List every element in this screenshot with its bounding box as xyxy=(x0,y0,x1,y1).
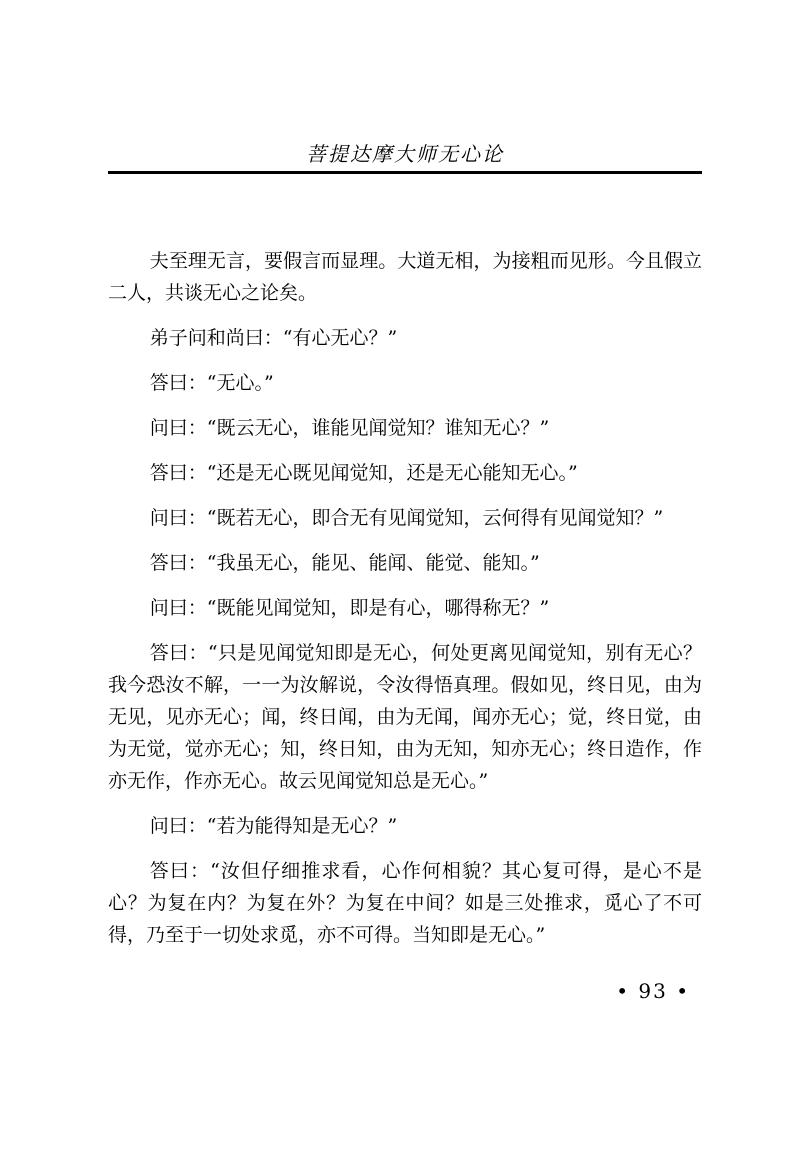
paragraph: 问曰：“若为能得知是无心？” xyxy=(108,810,702,842)
paragraph: 问曰：“既能见闻觉知，即是有心，哪得称无？” xyxy=(108,592,702,624)
book-page: 菩提达摩大师无心论 夫至理无言，要假言而显理。大道无相，为接粗而见形。今且假立二… xyxy=(0,0,794,1149)
page-number: • 93 • xyxy=(616,979,690,1003)
paragraph: 答曰：“汝但仔细推求看，心作何相貌？其心复可得，是心不是心？为复在内？为复在外？… xyxy=(108,855,702,951)
page-header: 菩提达摩大师无心论 xyxy=(0,0,794,174)
paragraph: 夫至理无言，要假言而显理。大道无相，为接粗而见形。今且假立二人，共谈无心之论矣。 xyxy=(108,245,702,309)
paragraph: 答曰：“无心。” xyxy=(108,367,702,399)
paragraph: 答曰：“我虽无心，能见、能闻、能觉、能知。” xyxy=(108,547,702,579)
paragraph: 弟子问和尚曰：“有心无心？” xyxy=(108,322,702,354)
paragraph: 答曰：“只是见闻觉知即是无心，何处更离见闻觉知，别有无心？我今恐汝不解，一一为汝… xyxy=(108,637,702,797)
page-footer: • 93 • xyxy=(0,975,794,1007)
paragraph: 问曰：“既云无心，谁能见闻觉知？谁知无心？” xyxy=(108,412,702,444)
paragraph: 问曰：“既若无心，即合无有见闻觉知，云何得有见闻觉知？” xyxy=(108,502,702,534)
paragraph: 答曰：“还是无心既见闻觉知，还是无心能知无心。” xyxy=(108,457,702,489)
page-title: 菩提达摩大师无心论 xyxy=(108,142,702,166)
page-body: 夫至理无言，要假言而显理。大道无相，为接粗而见形。今且假立二人，共谈无心之论矣。… xyxy=(0,174,794,951)
